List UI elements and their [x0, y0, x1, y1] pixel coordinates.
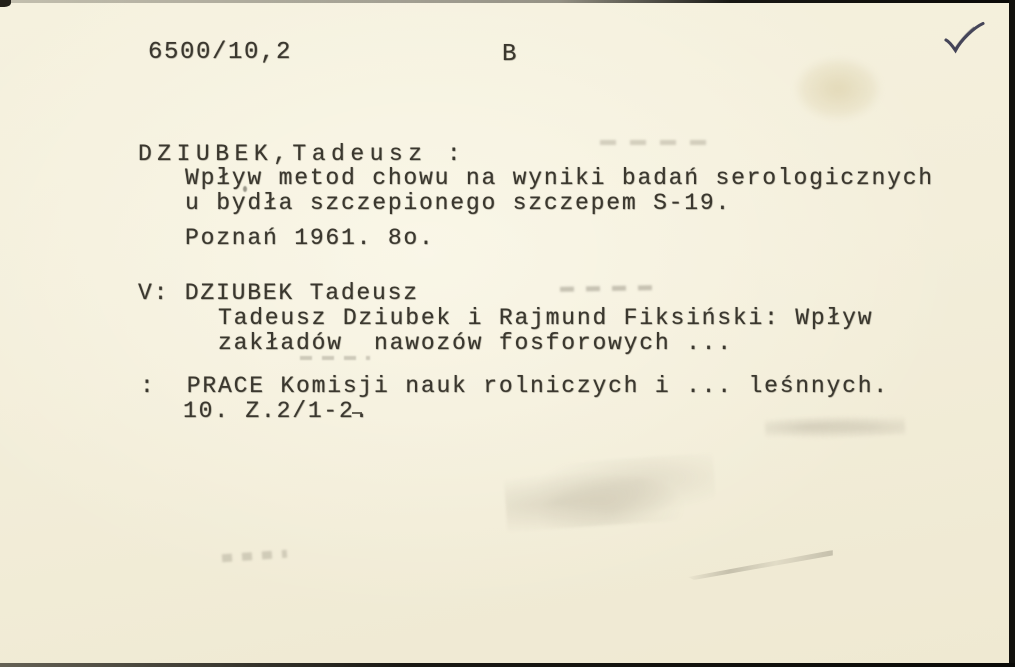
pencil-smudge [560, 285, 655, 292]
pencil-smudge [765, 412, 906, 441]
call-number: 6500/10,2 [148, 41, 292, 65]
cross-reference-heading: V: DZIUBEK Tadeusz [138, 282, 419, 305]
title-line: Wpływ metod chowu na wyniki badań serolo… [185, 167, 934, 190]
title-line: u bydła szczepionego szczepem S-19. [185, 192, 731, 215]
cross-reference-line: zakładów nawozów fosforowych ... [218, 332, 733, 355]
pencil-smudge [688, 550, 833, 580]
imprint-line: Poznań 1961. 8o. [185, 227, 435, 250]
section-letter: B [502, 43, 518, 67]
checkmark-icon [938, 18, 990, 60]
cross-reference-line: Tadeusz Dziubek i Rajmund Fiksiński: Wpł… [218, 307, 873, 330]
pencil-smudge [222, 550, 287, 563]
scan-edge-bottom [0, 663, 1015, 667]
pencil-smudge [503, 453, 717, 532]
volume-line: 10. Z.2/1-2. [183, 400, 370, 423]
pencil-smudge [600, 140, 710, 145]
pencil-smudge [300, 356, 370, 360]
main-entry-heading: DZIUBEK,Tadeusz : [138, 143, 466, 166]
catalog-card-scan: 6500/10,2 B DZIUBEK,Tadeusz : Wpływ meto… [0, 0, 1015, 667]
scan-edge-top [0, 0, 1015, 3]
series-line: : PRACE Komisji nauk rolniczych i ... le… [140, 375, 889, 398]
paper-stain [798, 60, 878, 118]
scan-edge-right [1009, 0, 1015, 667]
scan-corner-mark [0, 0, 11, 7]
